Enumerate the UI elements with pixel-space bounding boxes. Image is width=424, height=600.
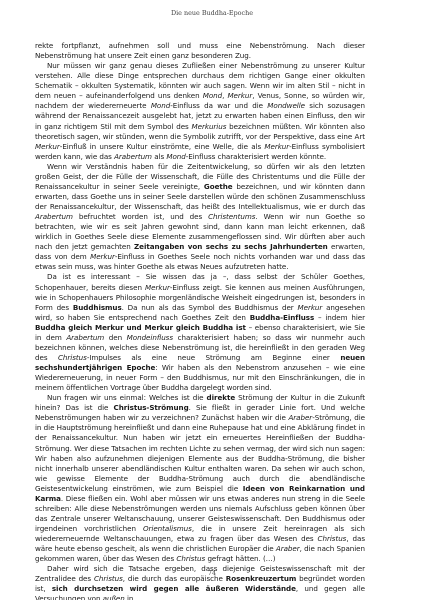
paragraph: rekte fortpflanzt, aufnehmen soll und mu… xyxy=(35,41,365,61)
emphasis-bold: Zeitangaben von sechs zu sechs Jahrhunde… xyxy=(134,242,328,251)
emphasis-bold: Goethe xyxy=(204,182,233,191)
text-run: befruchtet worden ist, und des xyxy=(73,212,208,221)
text-run: Nun fragen wir uns einmal: Welches ist d… xyxy=(47,393,207,402)
text-run: -Impulses als eine neue Strömung am Begi… xyxy=(87,353,341,362)
emphasis-bold: Buddhismus xyxy=(73,303,122,312)
emphasis-bold: Christus-Strömung xyxy=(114,403,189,412)
text-run: den xyxy=(104,333,126,342)
emphasis-bold: Buddha gleich Merkur und Merkur gleich B… xyxy=(35,323,246,332)
emphasis-italic: Merkur xyxy=(35,142,60,151)
text-run: – indem hier xyxy=(314,313,365,322)
emphasis-italic: Arabertum xyxy=(35,212,73,221)
emphasis-italic: Mond xyxy=(203,91,222,100)
text-run: -Strömung, die in die Hauptströmung here… xyxy=(35,413,365,492)
text-run: in xyxy=(125,594,134,600)
paragraph: Nur müssen wir ganz genau dieses Zufließ… xyxy=(35,61,365,162)
emphasis-italic: Merkurius xyxy=(192,122,227,131)
emphasis-italic: Arabertum xyxy=(114,152,152,161)
emphasis-italic: Christus xyxy=(176,554,205,563)
emphasis-italic: Mond xyxy=(166,152,185,161)
page-number: 74 xyxy=(0,569,424,577)
text-run: als xyxy=(152,152,166,161)
emphasis-italic: Mondwelle xyxy=(267,101,305,110)
emphasis-italic: Mond xyxy=(151,101,170,110)
text-run: . Da nun als das Symbol des Buddhismus d… xyxy=(122,303,298,312)
emphasis-italic: Merkur xyxy=(297,303,322,312)
document-body: rekte fortpflanzt, aufnehmen soll und mu… xyxy=(35,41,365,600)
emphasis-italic: Merkur xyxy=(145,283,170,292)
text-run: -Einfluss charakterisiert werden könnte. xyxy=(186,152,326,161)
emphasis-italic: Araber xyxy=(276,544,300,553)
running-header-title: Die neue Buddha-Epoche xyxy=(0,9,424,17)
emphasis-italic: Christus xyxy=(58,353,87,362)
emphasis-italic: Merkur xyxy=(264,142,289,151)
emphasis-italic: außen xyxy=(103,594,125,600)
emphasis-italic: Arabertum xyxy=(66,333,104,342)
emphasis-italic: Orientalismus xyxy=(143,524,192,533)
emphasis-bold: direkte xyxy=(207,393,236,402)
emphasis-italic: Mondeinfluss xyxy=(127,333,173,342)
text-run: -Einfluss da war und die xyxy=(170,101,267,110)
emphasis-italic: Christus xyxy=(318,534,347,543)
emphasis-bold: Buddha-Einfluss xyxy=(250,313,314,322)
emphasis-italic: Araber xyxy=(288,413,312,422)
emphasis-bold: sich durchsetzen wird gegen alle äußeren… xyxy=(52,584,296,593)
text-run: -Einfluß in unsere Kultur einströmte, ei… xyxy=(60,142,265,151)
paragraph: Nun fragen wir uns einmal: Welches ist d… xyxy=(35,393,365,564)
emphasis-italic: Merkur xyxy=(90,252,115,261)
paragraph: Da ist es interessant – Sie wissen das j… xyxy=(35,272,365,393)
text-run: rekte fortpflanzt, aufnehmen soll und mu… xyxy=(35,41,365,60)
emphasis-italic: Merkur xyxy=(227,91,252,100)
emphasis-italic: Christentums xyxy=(208,212,255,221)
paragraph: Wenn wir Verständnis haben für die Zeite… xyxy=(35,162,365,273)
text-run: gefragt hätten. (…) xyxy=(205,554,275,563)
